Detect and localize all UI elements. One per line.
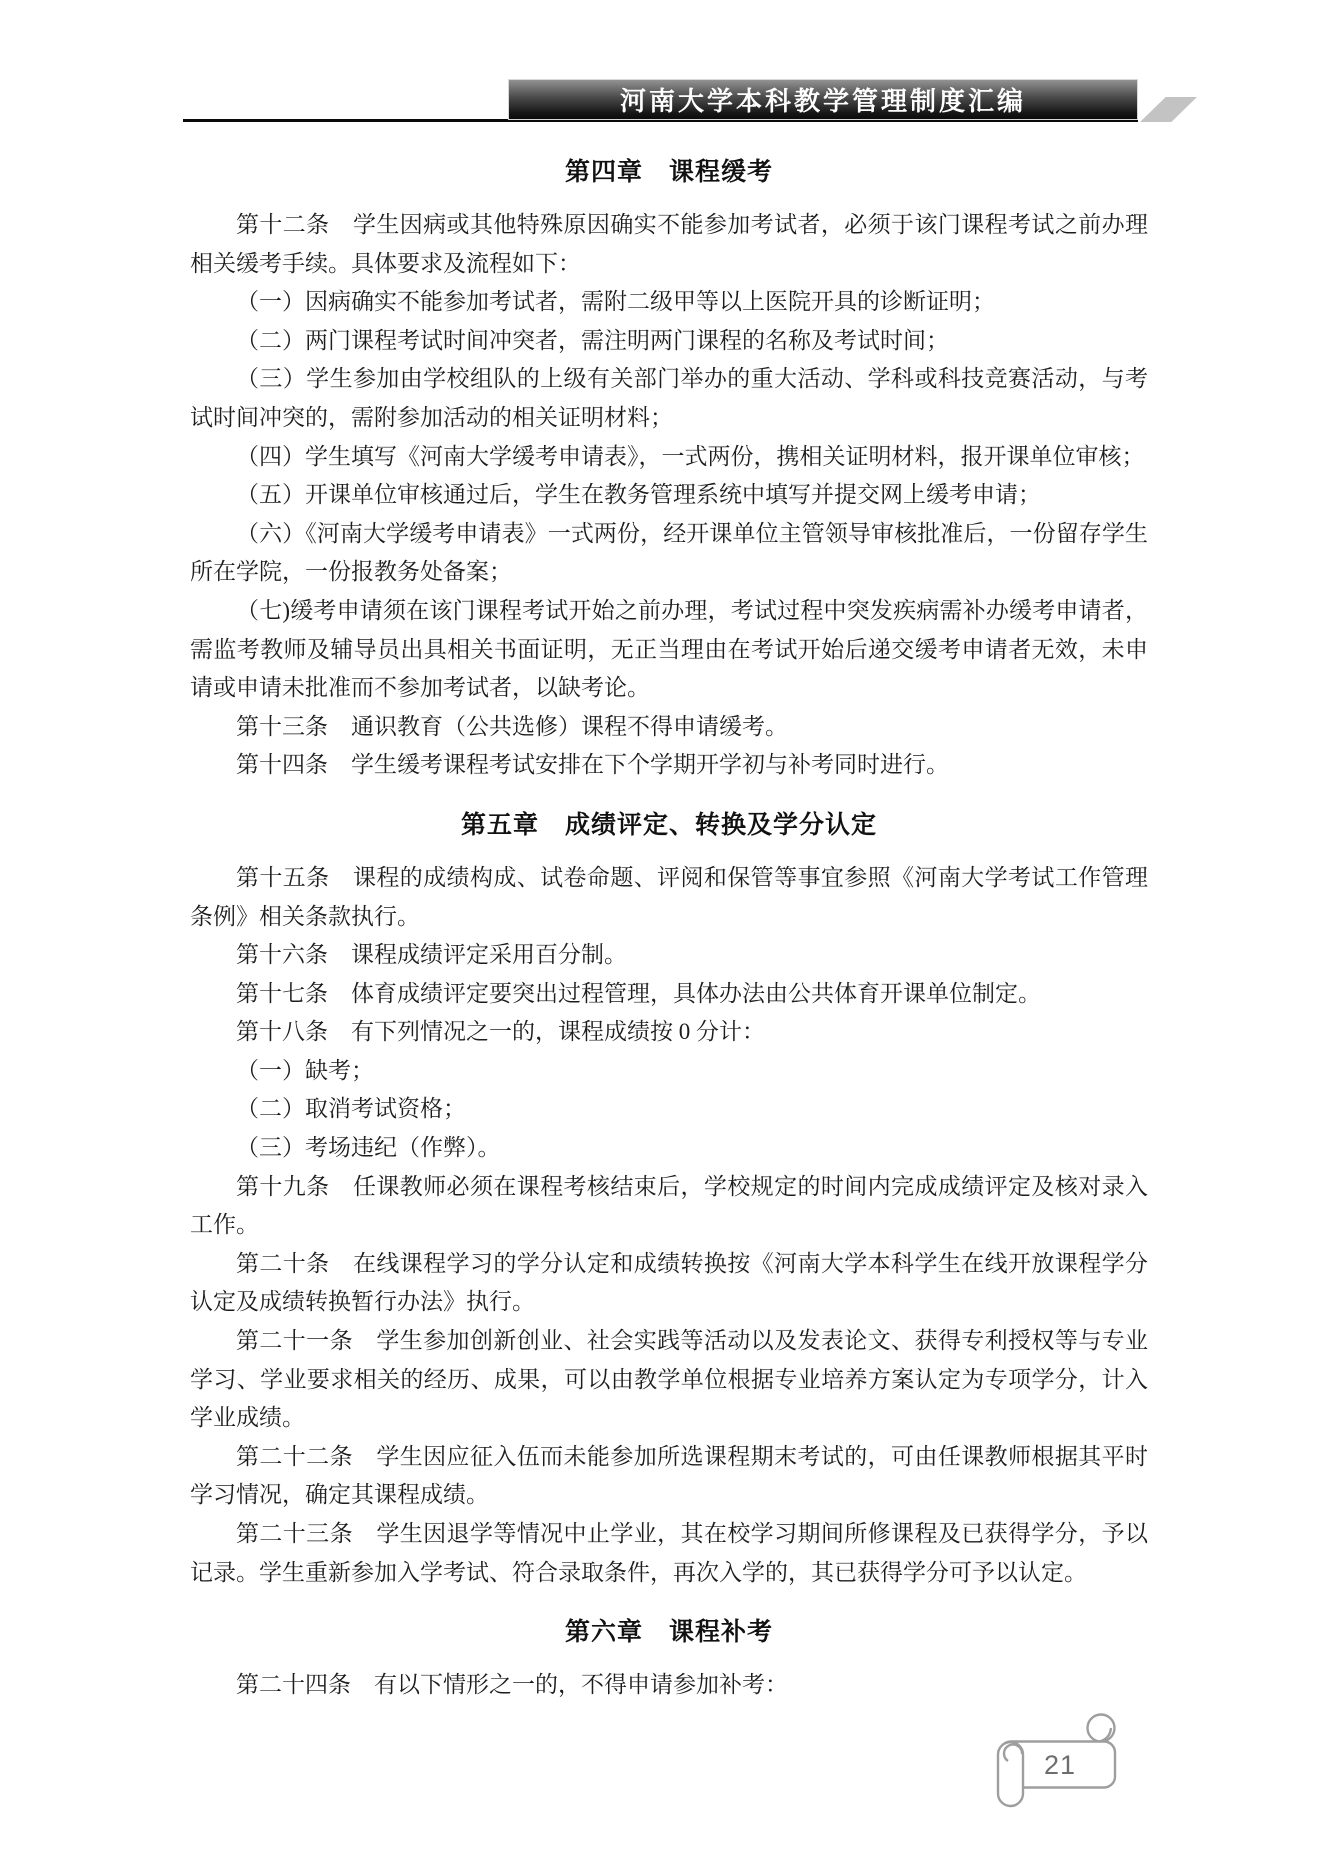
article-paragraph: （一）缺考； xyxy=(190,1052,1148,1091)
banner-tail-decoration xyxy=(1140,97,1197,122)
article-paragraph: 第十七条 体育成绩评定要突出过程管理，具体办法由公共体育开课单位制定。 xyxy=(190,975,1148,1014)
article-paragraph: 第十二条 学生因病或其他特殊原因确实不能参加考试者，必须于该门课程考试之前办理相… xyxy=(190,206,1148,283)
article-paragraph: （三）学生参加由学校组队的上级有关部门举办的重大活动、学科或科技竞赛活动，与考试… xyxy=(190,360,1148,437)
article-paragraph: （二）两门课程考试时间冲突者，需注明两门课程的名称及考试时间； xyxy=(190,322,1148,361)
document-page: 河南大学本科教学管理制度汇编 第四章 课程缓考第十二条 学生因病或其他特殊原因确… xyxy=(0,0,1323,1871)
article-paragraph: 第二十二条 学生因应征入伍而未能参加所选课程期末考试的，可由任课教师根据其平时学… xyxy=(190,1438,1148,1515)
chapter-heading: 第五章 成绩评定、转换及学分认定 xyxy=(190,805,1148,845)
article-paragraph: （五）开课单位审核通过后，学生在教务管理系统中填写并提交网上缓考申请； xyxy=(190,476,1148,515)
chapter-heading: 第四章 课程缓考 xyxy=(190,152,1148,192)
article-paragraph: 第二十一条 学生参加创新创业、社会实践等活动以及发表论文、获得专利授权等与专业学… xyxy=(190,1322,1148,1438)
chapter-heading: 第六章 课程补考 xyxy=(190,1612,1148,1652)
header-banner-title: 河南大学本科教学管理制度汇编 xyxy=(620,81,1026,118)
article-paragraph: （三）考场违纪（作弊）。 xyxy=(190,1129,1148,1168)
article-paragraph: （六）《河南大学缓考申请表》一式两份，经开课单位主管领导审核批准后，一份留存学生… xyxy=(190,515,1148,592)
header-banner: 河南大学本科教学管理制度汇编 xyxy=(508,79,1138,120)
article-paragraph: （一）因病确实不能参加考试者，需附二级甲等以上医院开具的诊断证明； xyxy=(190,283,1148,322)
article-paragraph: 第十九条 任课教师必须在课程考核结束后，学校规定的时间内完成成绩评定及核对录入工… xyxy=(190,1168,1148,1245)
document-body: 第四章 课程缓考第十二条 学生因病或其他特殊原因确实不能参加考试者，必须于该门课… xyxy=(190,152,1148,1705)
article-paragraph: 第二十三条 学生因退学等情况中止学业，其在校学习期间所修课程及已获得学分，予以记… xyxy=(190,1515,1148,1592)
article-paragraph: 第十八条 有下列情况之一的，课程成绩按 0 分计： xyxy=(190,1013,1148,1052)
article-paragraph: 第二十条 在线课程学习的学分认定和成绩转换按《河南大学本科学生在线开放课程学分认… xyxy=(190,1245,1148,1322)
article-paragraph: （二）取消考试资格； xyxy=(190,1090,1148,1129)
page-number-scroll-icon: 21 xyxy=(950,1690,1150,1830)
article-paragraph: 第十五条 课程的成绩构成、试卷命题、评阅和保管等事宜参照《河南大学考试工作管理条… xyxy=(190,859,1148,936)
article-paragraph: （四）学生填写《河南大学缓考申请表》，一式两份，携相关证明材料，报开课单位审核； xyxy=(190,438,1148,477)
page-number: 21 xyxy=(1044,1750,1076,1780)
article-paragraph: 第十三条 通识教育（公共选修）课程不得申请缓考。 xyxy=(190,708,1148,747)
article-paragraph: （七)缓考申请须在该门课程考试开始之前办理，考试过程中突发疾病需补办缓考申请者，… xyxy=(190,592,1148,708)
article-paragraph: 第十四条 学生缓考课程考试安排在下个学期开学初与补考同时进行。 xyxy=(190,746,1148,785)
article-paragraph: 第十六条 课程成绩评定采用百分制。 xyxy=(190,936,1148,975)
